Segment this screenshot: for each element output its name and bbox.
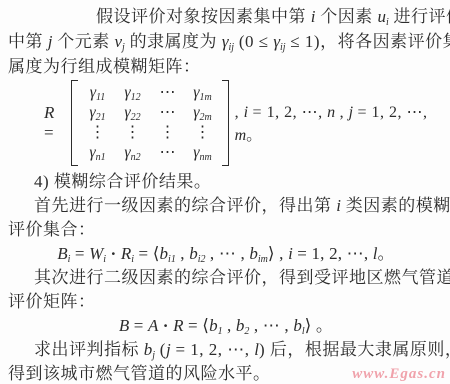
- matrix-cell: γ21: [80, 103, 115, 123]
- matrix-grid: γ11 γ12 ⋯ γ1m γ21 γ22 ⋯ γ2m ⋮ ⋮ ⋮ ⋮ γn1 …: [80, 83, 220, 163]
- matrix-cell: γ12: [115, 83, 150, 103]
- results-section: 4) 模糊综合评价结果。 首先进行一级因素的综合评价，得出第 i 类因素的模糊综…: [8, 170, 444, 384]
- matrix-cell: γ1m: [185, 83, 220, 103]
- matrix-bracket-right: [222, 80, 229, 166]
- matrix-bracket-left: [71, 80, 78, 166]
- watermark: www.Egas.cn: [352, 366, 446, 383]
- paragraph-membership-definition: 假设评价对象按因素集中第 i 个因素 ui 进行评价，对评价集 中第 j 个元素…: [8, 4, 444, 79]
- matrix-cell: ⋯: [150, 103, 185, 123]
- matrix-cell: γn2: [115, 143, 150, 163]
- paragraph-line: 假设评价对象按因素集中第 i 个因素 ui 进行评价，对评价集: [8, 4, 444, 29]
- paragraph-line: 中第 j 个元素 vj 的隶属度为 γij (0 ≤ γij ≤ 1)，将各因素…: [8, 29, 444, 54]
- matrix-cell: γn1: [80, 143, 115, 163]
- matrix-cell: ⋮: [185, 123, 220, 143]
- paragraph-line: 评价集合：: [8, 218, 444, 242]
- matrix-cell: ⋮: [150, 123, 185, 143]
- paragraph-line: 属度为行组成模糊矩阵：: [8, 54, 444, 79]
- matrix-cell: ⋮: [80, 123, 115, 143]
- paragraph-second-level-evaluation: 其次进行二级因素的综合评价，得到受评地区燃气管道综合 评价矩阵：: [8, 266, 444, 314]
- matrix-lhs: R =: [44, 103, 67, 143]
- paragraph-line: 首先进行一级因素的综合评价，得出第 i 类因素的模糊综合: [8, 194, 444, 218]
- matrix-cell: γ22: [115, 103, 150, 123]
- matrix-cell: ⋯: [150, 83, 185, 103]
- matrix-cell: ⋮: [115, 123, 150, 143]
- paragraph-first-level-evaluation: 首先进行一级因素的综合评价，得出第 i 类因素的模糊综合 评价集合：: [8, 194, 444, 242]
- fuzzy-matrix-equation: R = γ11 γ12 ⋯ γ1m γ21 γ22 ⋯ γ2m ⋮ ⋮ ⋮ ⋮ …: [8, 80, 444, 166]
- formula-first-level-result: Bi = Wi · Ri = ⟨bi1 , bi2 , ⋯ , bim⟩ , i…: [8, 242, 444, 266]
- matrix-cell: γ11: [80, 83, 115, 103]
- section-heading: 4) 模糊综合评价结果。: [8, 170, 444, 194]
- paper-page: 假设评价对象按因素集中第 i 个因素 ui 进行评价，对评价集 中第 j 个元素…: [0, 0, 450, 384]
- matrix-cell: γnm: [185, 143, 220, 163]
- matrix-cell: γ2m: [185, 103, 220, 123]
- paragraph-line: 评价矩阵：: [8, 290, 444, 314]
- paragraph-line: 其次进行二级因素的综合评价，得到受评地区燃气管道综合: [8, 266, 444, 290]
- formula-second-level-result: B = A · R = ⟨b1 , b2 , ⋯ , bl⟩ 。: [8, 314, 444, 338]
- paragraph-line: 求出评判指标 bj (j = 1, 2, ⋯, l) 后，根据最大隶属原则，可以: [8, 338, 444, 362]
- matrix-cell: ⋯: [150, 143, 185, 163]
- matrix-index-range: , i = 1, 2, ⋯, n , j = 1, 2, ⋯, m。: [235, 102, 444, 145]
